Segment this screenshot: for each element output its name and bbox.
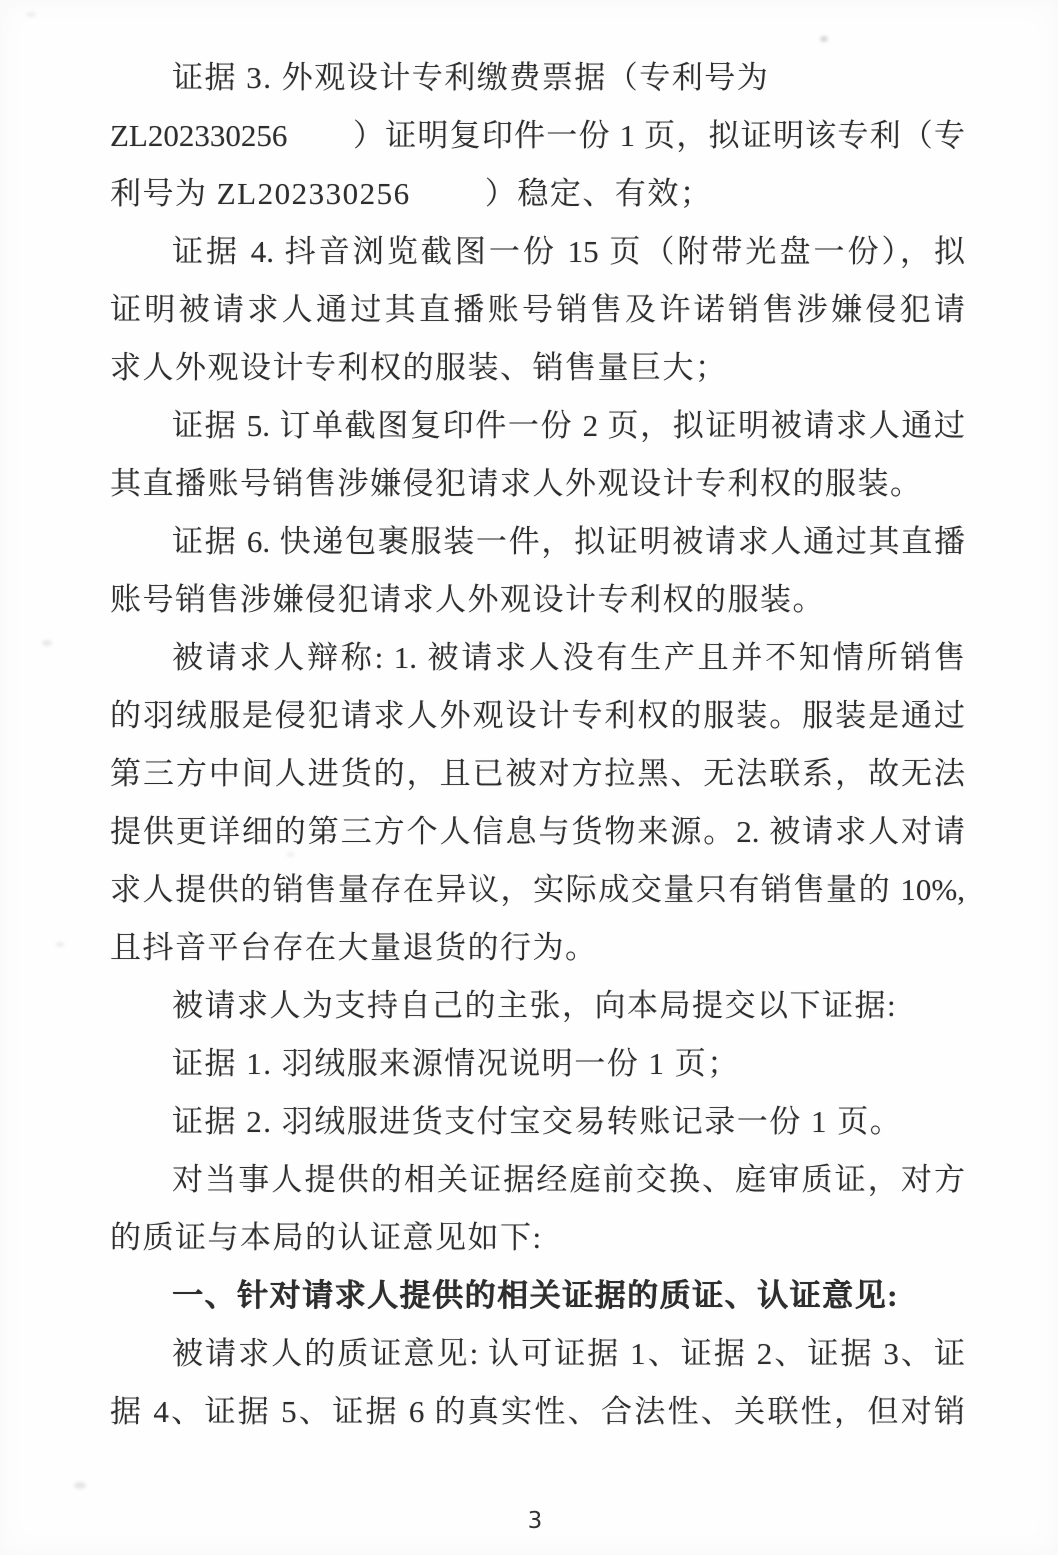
scan-speck — [74, 1482, 86, 1489]
text-line: 据 4、证据 5、证据 6 的真实性、合法性、关联性，但对销 — [110, 1383, 965, 1441]
scan-speck — [42, 640, 52, 646]
text-line: 求人外观设计专利权的服装、销售量巨大； — [110, 339, 965, 397]
page-number: 3 — [6, 1506, 1058, 1536]
text-line: 其直播账号销售涉嫌侵犯请求人外观设计专利权的服装。 — [110, 455, 965, 513]
text-line: ZL202330256 ）证明复印件一份 1 页，拟证明该专利（专 — [110, 107, 965, 165]
text-line: 被请求人为支持自己的主张，向本局提交以下证据: — [110, 977, 965, 1035]
text-line: 被请求人辩称: 1. 被请求人没有生产且并不知情所销售 — [110, 629, 965, 687]
text-line: 求人提供的销售量存在异议，实际成交量只有销售量的 10%, — [110, 861, 965, 919]
text-line: 账号销售涉嫌侵犯请求人外观设计专利权的服装。 — [110, 571, 965, 629]
text-line: 且抖音平台存在大量退货的行为。 — [110, 919, 965, 977]
text-line: 利号为 ZL202330256 ）稳定、有效； — [110, 165, 965, 223]
scan-speck — [820, 36, 828, 42]
text-line: 证明被请求人通过其直播账号销售及许诺销售涉嫌侵犯请 — [110, 281, 965, 339]
text-line: 证据 2. 羽绒服进货支付宝交易转账记录一份 1 页。 — [110, 1093, 965, 1151]
text-line: 第三方中间人进货的，且已被对方拉黑、无法联系，故无法 — [110, 745, 965, 803]
document-body: 证据 3. 外观设计专利缴费票据（专利号为ZL202330256 ）证明复印件一… — [110, 49, 965, 1441]
text-line: 一、针对请求人提供的相关证据的质证、认证意见: — [110, 1267, 965, 1325]
text-line: 证据 1. 羽绒服来源情况说明一份 1 页； — [110, 1035, 965, 1093]
scanned-document-page: 证据 3. 外观设计专利缴费票据（专利号为ZL202330256 ）证明复印件一… — [0, 0, 1058, 1555]
text-line: 对当事人提供的相关证据经庭前交换、庭审质证，对方 — [110, 1151, 965, 1209]
scan-speck — [26, 12, 36, 17]
scan-speck — [56, 942, 64, 947]
text-line: 被请求人的质证意见: 认可证据 1、证据 2、证据 3、证 — [110, 1325, 965, 1383]
text-line: 证据 3. 外观设计专利缴费票据（专利号为 — [110, 49, 965, 107]
text-line: 证据 4. 抖音浏览截图一份 15 页（附带光盘一份），拟 — [110, 223, 965, 281]
text-line: 证据 5. 订单截图复印件一份 2 页，拟证明被请求人通过 — [110, 397, 965, 455]
text-line: 的羽绒服是侵犯请求人外观设计专利权的服装。服装是通过 — [110, 687, 965, 745]
text-line: 的质证与本局的认证意见如下: — [110, 1209, 965, 1267]
text-line: 证据 6. 快递包裹服装一件，拟证明被请求人通过其直播 — [110, 513, 965, 571]
text-line: 提供更详细的第三方个人信息与货物来源。2. 被请求人对请 — [110, 803, 965, 861]
